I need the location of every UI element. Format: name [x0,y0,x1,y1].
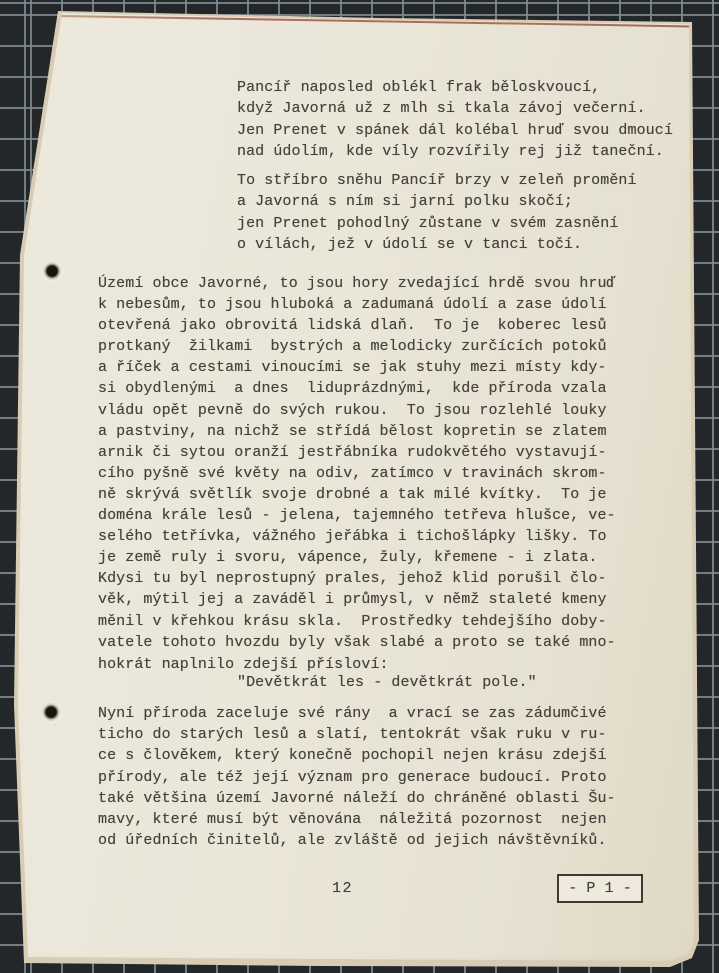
paragraph-1: Území obce Javorné, to jsou hory zvedají… [98,273,616,568]
pagination-stamp: - P 1 - [557,874,643,903]
paragraph-2: Kdysi tu byl neprostupný prales, jehož k… [98,568,616,675]
poem-stanza-1: Pancíř naposled oblékl frak běloskvoucí,… [237,77,673,163]
poem-stanza-2: To stříbro sněhu Pancíř brzy v zeleň pro… [237,170,637,256]
paragraph-3: Nyní příroda zaceluje své rány a vrací s… [98,703,616,851]
punch-hole-top [42,261,64,283]
punch-hole-bottom [41,702,63,724]
pagination-stamp-label: - P 1 - [568,878,632,899]
page-number: 12 [332,878,353,899]
document-page: Pancíř naposled oblékl frak běloskvoucí,… [0,0,719,973]
photo-checkered-background: Pancíř naposled oblékl frak běloskvoucí,… [0,0,719,973]
proverb-line: "Devětkrát les - devětkrát pole." [237,672,537,693]
